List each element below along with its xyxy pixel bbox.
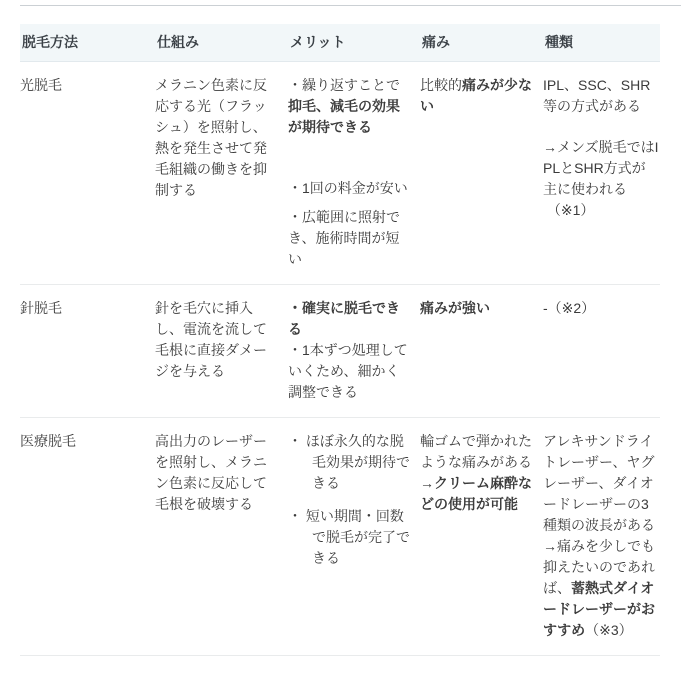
cell-paragraph: ・ ほぼ永久的な脱毛効果が期待できる <box>288 431 412 494</box>
emphasized-text: クリーム麻酔などの使用が可能 <box>420 475 532 512</box>
cell-paragraph: 針を毛穴に挿入し、電流を流して毛根に直接ダメージを与える <box>155 298 272 382</box>
text-segment: ・1本ずつ処理していくため、細かく調整できる <box>288 342 408 400</box>
text-segment: →メンズ脱毛ではIPLとSHR方式が主に使われる <box>543 139 658 197</box>
text-segment: アレキサンドライトレーザー、ヤグレーザー、ダイオードレーザーの3種類の波長がある <box>543 433 655 533</box>
hair-removal-comparison-table: 脱毛方法仕組みメリット痛み種類 光脱毛メラニン色素に反応する光（フラッシュ）を照… <box>20 24 660 656</box>
column-header-mechanism: 仕組み <box>155 24 288 62</box>
cell-merit: ・ ほぼ永久的な脱毛効果が期待できる・ 短い期間・回数で脱毛が完了できる <box>288 418 420 656</box>
cell-paragraph: IPL、SSC、SHR等の方式がある <box>543 75 659 117</box>
cell-mechanism: 高出力のレーザーを照射し、メラニン色素に反応して毛根を破壊する <box>155 418 288 656</box>
cell-mechanism: 針を毛穴に挿入し、電流を流して毛根に直接ダメージを与える <box>155 285 288 418</box>
text-segment: → <box>420 475 434 491</box>
cell-pain: 比較的痛みが少ない <box>420 62 543 285</box>
cell-paragraph: 針脱毛 <box>20 298 139 319</box>
cell-paragraph: メラニン色素に反応する光（フラッシュ）を照射し、熱を発生させて発毛組織の働きを抑… <box>155 75 272 201</box>
cell-paragraph: ・1本ずつ処理していくため、細かく調整できる <box>288 340 412 403</box>
column-header-merit: メリット <box>288 24 420 62</box>
cell-paragraph: ・1回の料金が安い <box>288 178 412 199</box>
text-segment: ・1回の料金が安い <box>288 180 408 196</box>
column-header-method: 脱毛方法 <box>20 24 155 62</box>
cell-paragraph: ・確実に脱毛できる <box>288 298 412 340</box>
text-segment: 光脱毛 <box>20 77 62 93</box>
cell-types: アレキサンドライトレーザー、ヤグレーザー、ダイオードレーザーの3種類の波長がある… <box>543 418 660 656</box>
column-header-types: 種類 <box>543 24 660 62</box>
cell-method: 針脱毛 <box>20 285 155 418</box>
cell-types: IPL、SSC、SHR等の方式がある→メンズ脱毛ではIPLとSHR方式が主に使わ… <box>543 62 660 285</box>
cell-paragraph: ・ 短い期間・回数で脱毛が完了できる <box>288 506 412 569</box>
text-segment: ・繰り返すことで <box>288 77 400 93</box>
text-segment: 医療脱毛 <box>20 433 76 449</box>
cell-method: 医療脱毛 <box>20 418 155 656</box>
text-segment: -（※2） <box>543 300 595 316</box>
cell-paragraph: -（※2） <box>543 298 659 319</box>
cell-paragraph: 高出力のレーザーを照射し、メラニン色素に反応して毛根を破壊する <box>155 431 272 515</box>
cell-paragraph: 痛みが強い <box>420 298 535 319</box>
table-header-row: 脱毛方法仕組みメリット痛み種類 <box>20 24 660 62</box>
text-segment: ・ ほぼ永久的な脱毛効果が期待できる <box>288 433 410 491</box>
cell-paragraph: 医療脱毛 <box>20 431 139 452</box>
cell-paragraph: 光脱毛 <box>20 75 139 96</box>
table-row-needle-hair-removal: 針脱毛針を毛穴に挿入し、電流を流して毛根に直接ダメージを与える・確実に脱毛できる… <box>20 285 660 418</box>
table-row-medical-hair-removal: 医療脱毛高出力のレーザーを照射し、メラニン色素に反応して毛根を破壊する・ ほぼ永… <box>20 418 660 656</box>
cell-paragraph: →メンズ脱毛ではIPLとSHR方式が主に使われる （※1） <box>543 137 659 221</box>
text-segment: 比較的 <box>420 77 462 93</box>
cell-merit: ・繰り返すことで抑毛、減毛の効果が期待できる・1回の料金が安い・広範囲に照射でき… <box>288 62 420 285</box>
text-segment: メラニン色素に反応する光（フラッシュ）を照射し、熱を発生させて発毛組織の働きを抑… <box>155 77 267 198</box>
text-segment: （※3） <box>585 622 633 638</box>
hair-removal-comparison-page: 脱毛方法仕組みメリット痛み種類 光脱毛メラニン色素に反応する光（フラッシュ）を照… <box>0 5 681 675</box>
cell-merit: ・確実に脱毛できる・1本ずつ処理していくため、細かく調整できる <box>288 285 420 418</box>
text-segment: 高出力のレーザーを照射し、メラニン色素に反応して毛根を破壊する <box>155 433 267 512</box>
cell-paragraph: 輪ゴムで弾かれたような痛みがある→クリーム麻酔などの使用が可能 <box>420 431 535 515</box>
cell-types: -（※2） <box>543 285 660 418</box>
column-header-pain: 痛み <box>420 24 543 62</box>
table-row-light-hair-removal: 光脱毛メラニン色素に反応する光（フラッシュ）を照射し、熱を発生させて発毛組織の働… <box>20 62 660 285</box>
cell-mechanism: メラニン色素に反応する光（フラッシュ）を照射し、熱を発生させて発毛組織の働きを抑… <box>155 62 288 285</box>
cell-method: 光脱毛 <box>20 62 155 285</box>
cell-paragraph: 比較的痛みが少ない <box>420 75 535 117</box>
emphasized-text: 痛みが強い <box>420 300 490 316</box>
text-segment: ・広範囲に照射でき、施術時間が短い <box>288 209 400 267</box>
top-divider <box>20 5 681 6</box>
emphasized-text: 抑毛、減毛の効果が期待できる <box>288 98 400 135</box>
text-segment: 針を毛穴に挿入し、電流を流して毛根に直接ダメージを与える <box>155 300 267 379</box>
cell-pain: 輪ゴムで弾かれたような痛みがある→クリーム麻酔などの使用が可能 <box>420 418 543 656</box>
text-segment: ・ 短い期間・回数で脱毛が完了できる <box>288 508 410 566</box>
cell-pain: 痛みが強い <box>420 285 543 418</box>
text-segment: IPL、SSC、SHR等の方式がある <box>543 77 650 114</box>
cell-paragraph: アレキサンドライトレーザー、ヤグレーザー、ダイオードレーザーの3種類の波長がある… <box>543 431 659 641</box>
text-segment: （※1） <box>543 202 594 218</box>
emphasized-text: ・確実に脱毛できる <box>288 300 400 337</box>
text-segment: 輪ゴムで弾かれたような痛みがある <box>420 433 532 470</box>
text-segment: 針脱毛 <box>20 300 62 316</box>
cell-paragraph: ・広範囲に照射でき、施術時間が短い <box>288 207 412 270</box>
cell-paragraph: ・繰り返すことで抑毛、減毛の効果が期待できる <box>288 75 412 138</box>
